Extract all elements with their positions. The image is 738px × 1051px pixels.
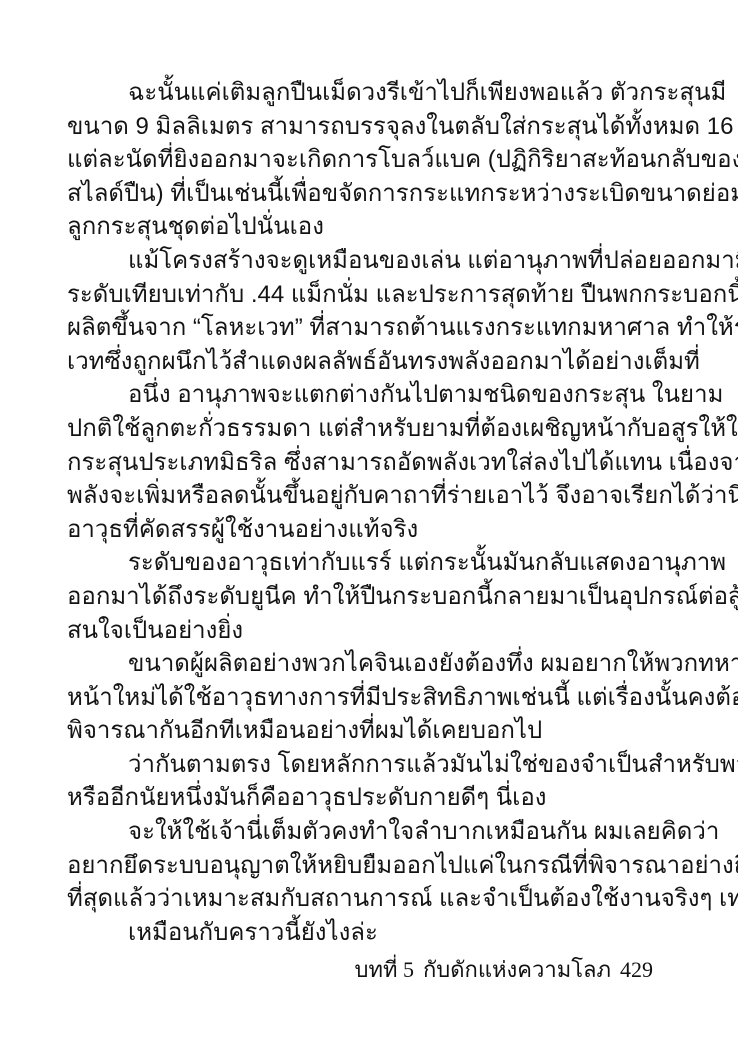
- text-line: เหมือนกับคราวนี้ยังไงล่ะ: [67, 916, 671, 950]
- text-line: จะให้ใช้เจ้านี่เต็มตัวคงทำใจลำบากเหมือนก…: [67, 815, 671, 849]
- paragraph: จะให้ใช้เจ้านี่เต็มตัวคงทำใจลำบากเหมือนก…: [67, 815, 671, 916]
- text-line: ว่ากันตามตรง โดยหลักการแล้วมันไม่ใช่ของจ…: [67, 748, 671, 782]
- text-line: อาวุธที่คัดสรรผู้ใช้งานอย่างแท้จริง: [67, 513, 671, 547]
- text-line: อยากยึดระบบอนุญาตให้หยิบยืมออกไปแค่ในกรณ…: [67, 849, 671, 883]
- text-line: ที่สุดแล้วว่าเหมาะสมกับสถานการณ์ และจำเป…: [67, 882, 671, 916]
- text-line: พิจารณากันอีกทีเหมือนอย่างที่ผมได้เคยบอก…: [67, 714, 671, 748]
- paragraph: ฉะนั้นแค่เติมลูกปืนเม็ดวงรีเข้าไปก็เพียง…: [67, 76, 671, 244]
- text-line: ออกมาได้ถึงระดับยูนีค ทำให้ปืนกระบอกนี้ก…: [67, 580, 671, 614]
- chapter-title: กับดักแห่งความโลภ: [423, 952, 611, 987]
- paragraph: เหมือนกับคราวนี้ยังไงล่ะ: [67, 916, 671, 950]
- text-line: ขนาดผู้ผลิตอย่างพวกไคจินเองยังต้องทึ่ง ผ…: [67, 647, 671, 681]
- paragraph: อนึ่ง อานุภาพจะแตกต่างกันไปตามชนิดของกระ…: [67, 378, 671, 546]
- page-footer: บทที่ 5 กับดักแห่งความโลภ 429: [354, 952, 653, 987]
- text-line: พลังจะเพิ่มหรือลดนั้นขึ้นอยู่กับคาถาที่ร…: [67, 479, 671, 513]
- chapter-number-label: บทที่ 5: [354, 952, 413, 987]
- text-line: ลูกกระสุนชุดต่อไปนั่นเอง: [67, 210, 671, 244]
- text-line: ระดับเทียบเท่ากับ .44 แม็กนั่ม และประการ…: [67, 278, 671, 312]
- text-line: แต่ละนัดที่ยิงออกมาจะเกิดการโบลว์แบค (ปฏ…: [67, 143, 671, 177]
- text-line: เวทซึ่งถูกผนึกไว้สำแดงผลลัพธ์อันทรงพลังอ…: [67, 345, 671, 379]
- paragraph: แม้โครงสร้างจะดูเหมือนของเล่น แต่อานุภาพ…: [67, 244, 671, 378]
- text-line: ฉะนั้นแค่เติมลูกปืนเม็ดวงรีเข้าไปก็เพียง…: [67, 76, 671, 110]
- text-line: ผลิตขึ้นจาก “โลหะเวท” ที่สามารถต้านแรงกร…: [67, 311, 671, 345]
- paragraph: ว่ากันตามตรง โดยหลักการแล้วมันไม่ใช่ของจ…: [67, 748, 671, 815]
- text-line: หน้าใหม่ได้ใช้อาวุธทางการที่มีประสิทธิภา…: [67, 681, 671, 715]
- book-page: ฉะนั้นแค่เติมลูกปืนเม็ดวงรีเข้าไปก็เพียง…: [0, 0, 738, 1051]
- text-line: ระดับของอาวุธเท่ากับแรร์ แต่กระนั้นมันกล…: [67, 546, 671, 580]
- text-line: สนใจเป็นอย่างยิ่ง: [67, 614, 671, 648]
- paragraph: ระดับของอาวุธเท่ากับแรร์ แต่กระนั้นมันกล…: [67, 546, 671, 647]
- page-number: 429: [620, 957, 653, 983]
- page-body-text-column: ฉะนั้นแค่เติมลูกปืนเม็ดวงรีเข้าไปก็เพียง…: [67, 76, 671, 949]
- text-line: ปกติใช้ลูกตะกั่วธรรมดา แต่สำหรับยามที่ต้…: [67, 412, 671, 446]
- text-line: กระสุนประเภทมิธริล ซึ่งสามารถอัดพลังเวทใ…: [67, 446, 671, 480]
- text-line: สไลด์ปืน) ที่เป็นเช่นนี้เพื่อขจัดการกระแ…: [67, 177, 671, 211]
- text-line: แม้โครงสร้างจะดูเหมือนของเล่น แต่อานุภาพ…: [67, 244, 671, 278]
- text-line: หรืออีกนัยหนึ่งมันก็คืออาวุธประดับกายดีๆ…: [67, 781, 671, 815]
- text-line: ขนาด 9 มิลลิเมตร สามารถบรรจุลงในตลับใส่ก…: [67, 110, 671, 144]
- text-line: อนึ่ง อานุภาพจะแตกต่างกันไปตามชนิดของกระ…: [67, 378, 671, 412]
- paragraph: ขนาดผู้ผลิตอย่างพวกไคจินเองยังต้องทึ่ง ผ…: [67, 647, 671, 748]
